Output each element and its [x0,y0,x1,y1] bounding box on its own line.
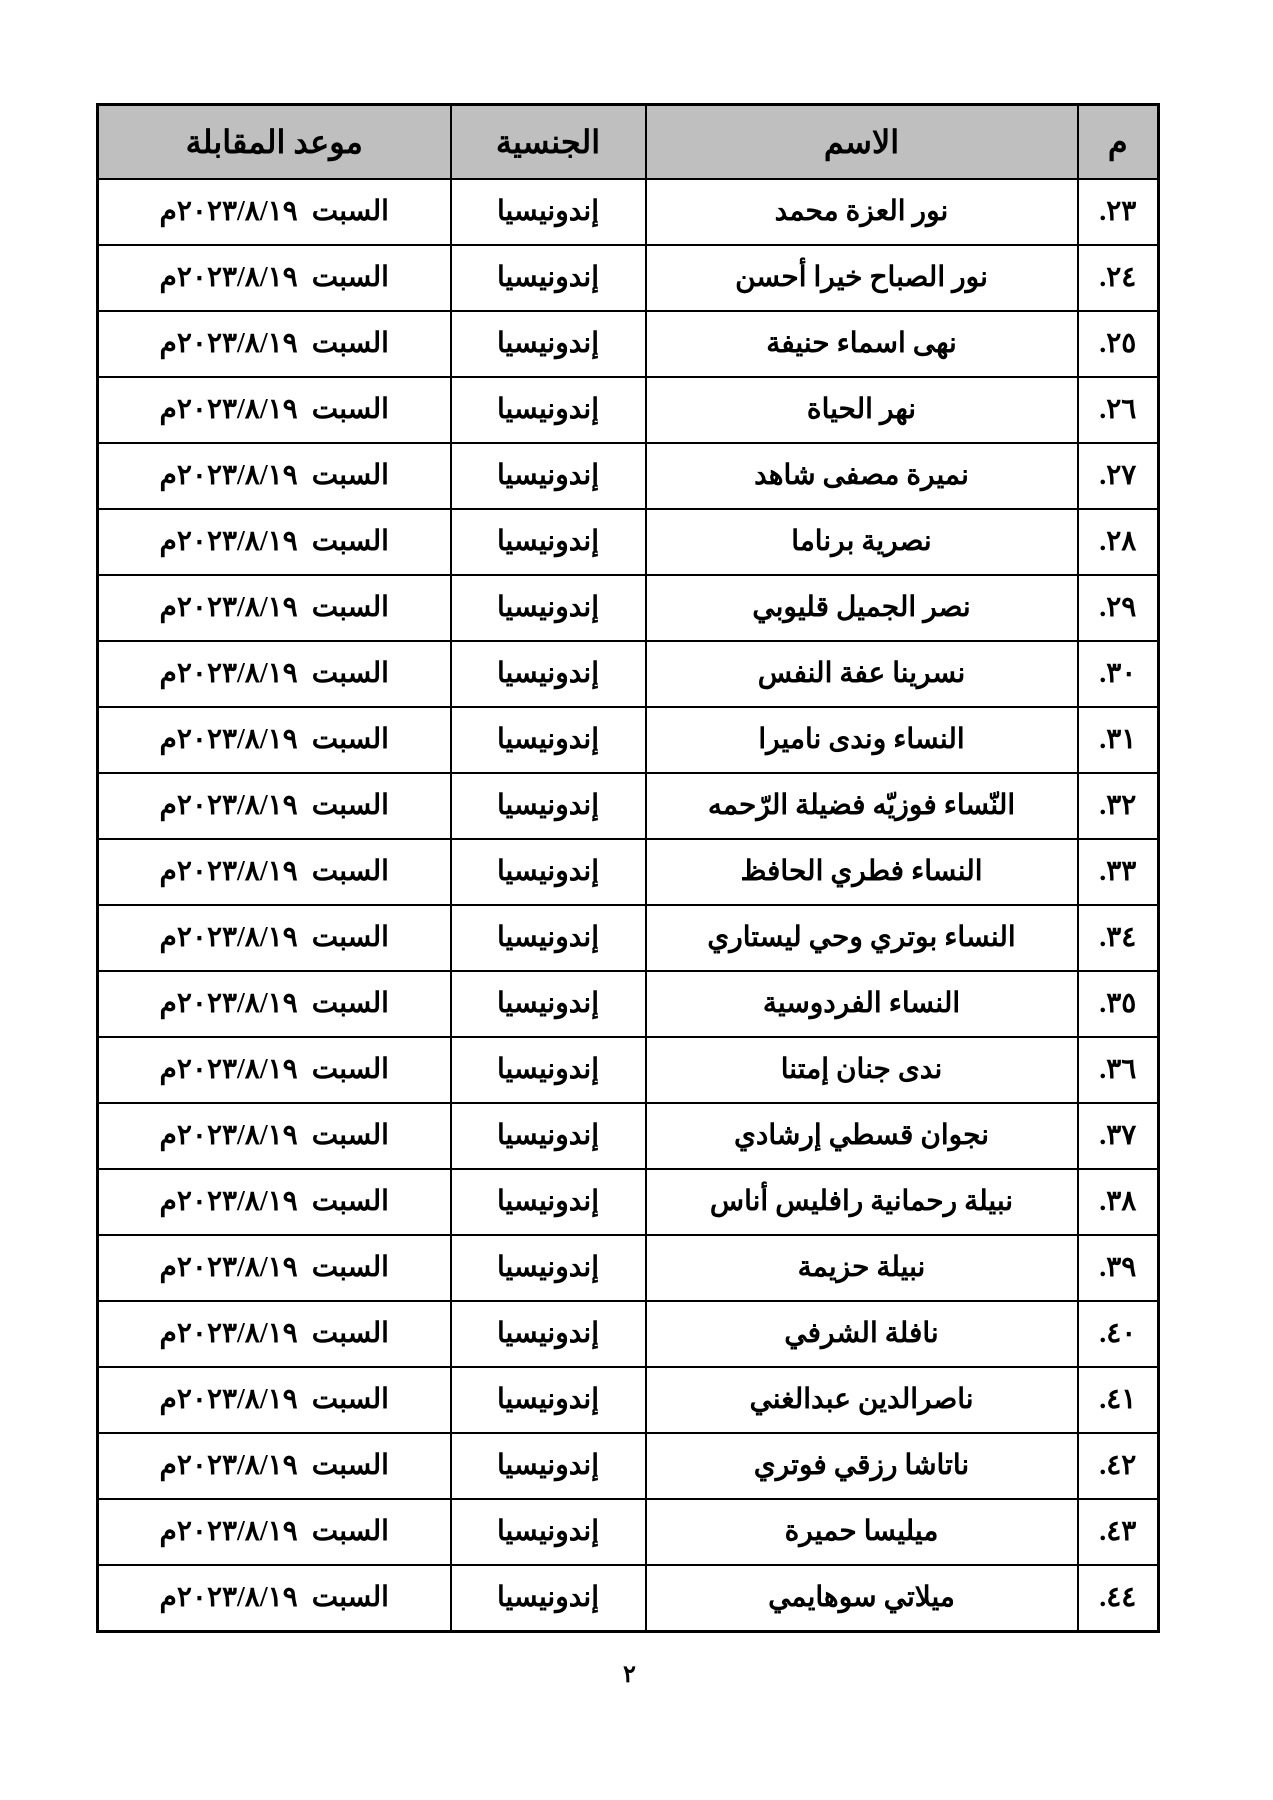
nationality-cell: إندونيسيا [451,311,646,377]
table-row: ٢٩. نصر الجميل قليوبي إندونيسيا السبت ٢٠… [98,575,1159,641]
row-index-cell: ٣٢. [1078,773,1159,839]
applicant-name-cell: ناصرالدين عبدالغني [646,1367,1078,1433]
table-row: ٢٣. نور العزة محمد إندونيسيا السبت ٢٠٢٣/… [98,179,1159,245]
row-index-cell: ٤٠. [1078,1301,1159,1367]
nationality-cell: إندونيسيا [451,971,646,1037]
row-index-cell: ٢٣. [1078,179,1159,245]
table-row: ٢٨. نصرية برناما إندونيسيا السبت ٢٠٢٣/٨/… [98,509,1159,575]
row-index-cell: ٢٨. [1078,509,1159,575]
interview-date-cell: السبت ٢٠٢٣/٨/١٩م [98,1037,451,1103]
nationality-cell: إندونيسيا [451,1169,646,1235]
applicant-name-cell: النساء بوتري وحي ليستاري [646,905,1078,971]
table-row: ٤٢. ناتاشا رزقي فوتري إندونيسيا السبت ٢٠… [98,1433,1159,1499]
table-row: ٣٦. ندى جنان إمتنا إندونيسيا السبت ٢٠٢٣/… [98,1037,1159,1103]
row-index-cell: ٣٧. [1078,1103,1159,1169]
table-row: ٤٣. ميليسا حميرة إندونيسيا السبت ٢٠٢٣/٨/… [98,1499,1159,1565]
row-index-cell: ٣٩. [1078,1235,1159,1301]
interview-date-cell: السبت ٢٠٢٣/٨/١٩م [98,377,451,443]
nationality-cell: إندونيسيا [451,905,646,971]
applicant-name-cell: نبيلة حزيمة [646,1235,1078,1301]
row-index-cell: ٣٦. [1078,1037,1159,1103]
nationality-cell: إندونيسيا [451,509,646,575]
interview-date-cell: السبت ٢٠٢٣/٨/١٩م [98,1235,451,1301]
applicant-name-cell: النساء فطري الحافظ [646,839,1078,905]
table-row: ٣٤. النساء بوتري وحي ليستاري إندونيسيا ا… [98,905,1159,971]
interview-date-cell: السبت ٢٠٢٣/٨/١٩م [98,1499,451,1565]
row-index-cell: ٤٤. [1078,1565,1159,1632]
interview-date-cell: السبت ٢٠٢٣/٨/١٩م [98,1301,451,1367]
page-number: ٢ [99,1660,1160,1689]
applicant-name-cell: نور العزة محمد [646,179,1078,245]
row-index-cell: ٣٣. [1078,839,1159,905]
interview-date-cell: السبت ٢٠٢٣/٨/١٩م [98,1103,451,1169]
nationality-cell: إندونيسيا [451,839,646,905]
header-nationality: الجنسية [451,105,646,180]
interview-date-cell: السبت ٢٠٢٣/٨/١٩م [98,1367,451,1433]
applicant-name-cell: نميرة مصفى شاهد [646,443,1078,509]
row-index-cell: ٣٥. [1078,971,1159,1037]
interview-date-cell: السبت ٢٠٢٣/٨/١٩م [98,509,451,575]
interview-date-cell: السبت ٢٠٢٣/٨/١٩م [98,443,451,509]
nationality-cell: إندونيسيا [451,443,646,509]
row-index-cell: ٢٥. [1078,311,1159,377]
applicant-name-cell: ناتاشا رزقي فوتري [646,1433,1078,1499]
nationality-cell: إندونيسيا [451,575,646,641]
table-row: ٢٤. نور الصباح خيرا أحسن إندونيسيا السبت… [98,245,1159,311]
interview-date-cell: السبت ٢٠٢٣/٨/١٩م [98,245,451,311]
applicant-name-cell: نافلة الشرفي [646,1301,1078,1367]
applicant-name-cell: النساء الفردوسية [646,971,1078,1037]
applicant-name-cell: النساء وندى ناميرا [646,707,1078,773]
applicant-name-cell: ميلاتي سوهايمي [646,1565,1078,1632]
nationality-cell: إندونيسيا [451,641,646,707]
table-row: ٤١. ناصرالدين عبدالغني إندونيسيا السبت ٢… [98,1367,1159,1433]
row-index-cell: ٤١. [1078,1367,1159,1433]
interview-date-cell: السبت ٢٠٢٣/٨/١٩م [98,1433,451,1499]
interview-date-cell: السبت ٢٠٢٣/٨/١٩م [98,707,451,773]
interview-date-cell: السبت ٢٠٢٣/٨/١٩م [98,1565,451,1632]
interview-date-cell: السبت ٢٠٢٣/٨/١٩م [98,839,451,905]
table-row: ٣٩. نبيلة حزيمة إندونيسيا السبت ٢٠٢٣/٨/١… [98,1235,1159,1301]
interview-date-cell: السبت ٢٠٢٣/٨/١٩م [98,971,451,1037]
nationality-cell: إندونيسيا [451,179,646,245]
row-index-cell: ٤٣. [1078,1499,1159,1565]
table-row: ٢٧. نميرة مصفى شاهد إندونيسيا السبت ٢٠٢٣… [98,443,1159,509]
nationality-cell: إندونيسيا [451,245,646,311]
table-row: ٤٠. نافلة الشرفي إندونيسيا السبت ٢٠٢٣/٨/… [98,1301,1159,1367]
table-row: ٣٢. النّساء فوزيّه فضيلة الرّحمه إندونيس… [98,773,1159,839]
table-row: ٣٣. النساء فطري الحافظ إندونيسيا السبت ٢… [98,839,1159,905]
document-page: م الاسم الجنسية موعد المقابلة ٢٣. نور ال… [0,0,1273,1800]
applicant-name-cell: ندى جنان إمتنا [646,1037,1078,1103]
table-row: ٣٠. نسرينا عفة النفس إندونيسيا السبت ٢٠٢… [98,641,1159,707]
interview-date-cell: السبت ٢٠٢٣/٨/١٩م [98,575,451,641]
row-index-cell: ٢٧. [1078,443,1159,509]
nationality-cell: إندونيسيا [451,1433,646,1499]
applicant-name-cell: نهى اسماء حنيفة [646,311,1078,377]
header-index: م [1078,105,1159,180]
nationality-cell: إندونيسيا [451,377,646,443]
nationality-cell: إندونيسيا [451,1367,646,1433]
row-index-cell: ٣٤. [1078,905,1159,971]
applicant-name-cell: نبيلة رحمانية رافليس أناس [646,1169,1078,1235]
interview-date-cell: السبت ٢٠٢٣/٨/١٩م [98,905,451,971]
nationality-cell: إندونيسيا [451,707,646,773]
header-name: الاسم [646,105,1078,180]
row-index-cell: ٢٦. [1078,377,1159,443]
table-row: ٣٥. النساء الفردوسية إندونيسيا السبت ٢٠٢… [98,971,1159,1037]
nationality-cell: إندونيسيا [451,1499,646,1565]
row-index-cell: ٤٢. [1078,1433,1159,1499]
table-row: ٣١. النساء وندى ناميرا إندونيسيا السبت ٢… [98,707,1159,773]
applicant-name-cell: نصر الجميل قليوبي [646,575,1078,641]
table-row: ٢٦. نهر الحياة إندونيسيا السبت ٢٠٢٣/٨/١٩… [98,377,1159,443]
nationality-cell: إندونيسيا [451,1565,646,1632]
table-header-row: م الاسم الجنسية موعد المقابلة [98,105,1159,180]
table-row: ٣٨. نبيلة رحمانية رافليس أناس إندونيسيا … [98,1169,1159,1235]
applicant-name-cell: نجوان قسطي إرشادي [646,1103,1078,1169]
applicant-name-cell: نصرية برناما [646,509,1078,575]
interview-date-cell: السبت ٢٠٢٣/٨/١٩م [98,641,451,707]
applicant-name-cell: النّساء فوزيّه فضيلة الرّحمه [646,773,1078,839]
nationality-cell: إندونيسيا [451,1037,646,1103]
nationality-cell: إندونيسيا [451,1301,646,1367]
row-index-cell: ٢٩. [1078,575,1159,641]
applicant-name-cell: نسرينا عفة النفس [646,641,1078,707]
row-index-cell: ٣٨. [1078,1169,1159,1235]
interview-date-cell: السبت ٢٠٢٣/٨/١٩م [98,1169,451,1235]
applicant-name-cell: ميليسا حميرة [646,1499,1078,1565]
row-index-cell: ٢٤. [1078,245,1159,311]
interview-date-cell: السبت ٢٠٢٣/٨/١٩م [98,311,451,377]
nationality-cell: إندونيسيا [451,1235,646,1301]
interview-date-cell: السبت ٢٠٢٣/٨/١٩م [98,179,451,245]
row-index-cell: ٣٠. [1078,641,1159,707]
interview-date-cell: السبت ٢٠٢٣/٨/١٩م [98,773,451,839]
table-row: ٤٤. ميلاتي سوهايمي إندونيسيا السبت ٢٠٢٣/… [98,1565,1159,1632]
table-row: ٢٥. نهى اسماء حنيفة إندونيسيا السبت ٢٠٢٣… [98,311,1159,377]
nationality-cell: إندونيسيا [451,773,646,839]
interview-schedule-table: م الاسم الجنسية موعد المقابلة ٢٣. نور ال… [96,103,1160,1633]
nationality-cell: إندونيسيا [451,1103,646,1169]
row-index-cell: ٣١. [1078,707,1159,773]
table-row: ٣٧. نجوان قسطي إرشادي إندونيسيا السبت ٢٠… [98,1103,1159,1169]
applicant-name-cell: نهر الحياة [646,377,1078,443]
applicant-name-cell: نور الصباح خيرا أحسن [646,245,1078,311]
header-interview-date: موعد المقابلة [98,105,451,180]
